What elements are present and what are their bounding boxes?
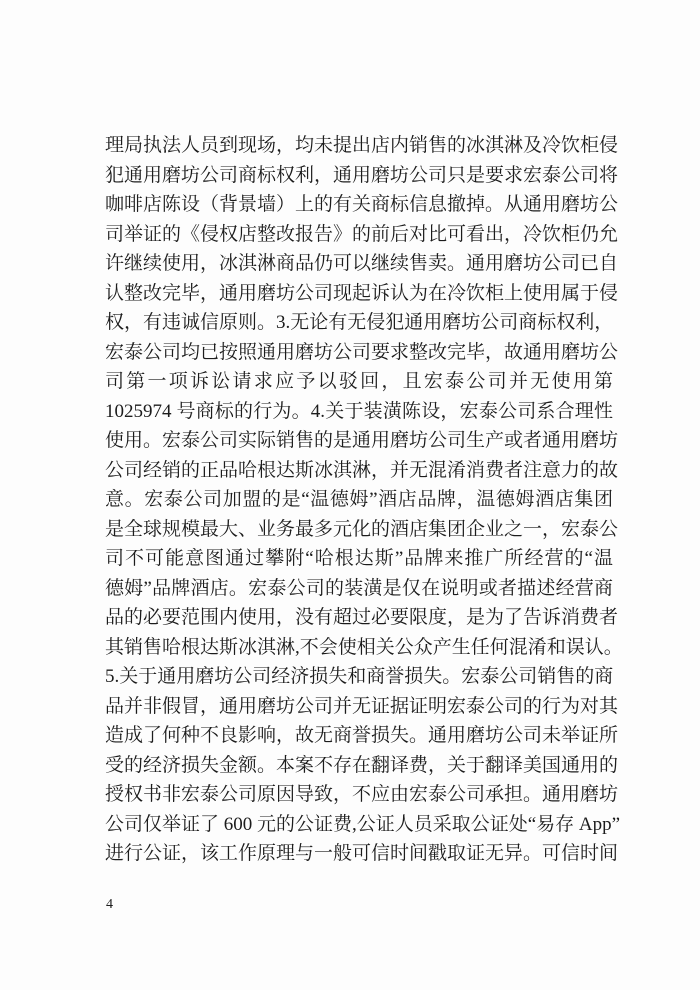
text-line: 受的经济损失金额。本案不存在翻译费，关于翻译美国通用的 bbox=[105, 751, 613, 781]
text-line: 进行公证，该工作原理与一般可信时间戳取证无异。可信时间 bbox=[105, 839, 613, 869]
paragraph-body: 理局执法人员到现场，均未提出店内销售的冰淇淋及冷饮柜侵 犯通用磨坊公司商标权利，… bbox=[105, 131, 613, 869]
text-line: 公司仅举证了 600 元的公证费,公证人员采取公证处“易存 App” bbox=[105, 810, 613, 840]
text-line: 宏泰公司均已按照通用磨坊公司要求整改完毕，故通用磨坊公 bbox=[105, 338, 613, 368]
text-line: 是全球规模最大、业务最多元化的酒店集团企业之一，宏泰公 bbox=[105, 515, 613, 545]
text-line: 司不可能意图通过攀附“哈根达斯”品牌来推广所经营的“温 bbox=[105, 544, 613, 574]
text-line: 5.关于通用磨坊公司经济损失和商誉损失。宏泰公司销售的商 bbox=[105, 662, 613, 692]
text-line: 理局执法人员到现场，均未提出店内销售的冰淇淋及冷饮柜侵 bbox=[105, 131, 613, 161]
text-line: 咖啡店陈设（背景墙）上的有关商标信息撤掉。从通用磨坊公 bbox=[105, 190, 613, 220]
text-line: 犯通用磨坊公司商标权利，通用磨坊公司只是要求宏泰公司将 bbox=[105, 161, 613, 191]
text-line: 品的必要范围内使用，没有超过必要限度，是为了告诉消费者 bbox=[105, 603, 613, 633]
text-line: 其销售哈根达斯冰淇淋,不会使相关公众产生任何混淆和误认。 bbox=[105, 633, 613, 663]
text-line: 司第一项诉讼请求应予以驳回，且宏泰公司并无使用第 bbox=[105, 367, 613, 397]
text-line: 意。宏泰公司加盟的是“温德姆”酒店品牌，温德姆酒店集团 bbox=[105, 485, 613, 515]
page-number: 4 bbox=[106, 896, 113, 914]
text-line: 1025974 号商标的行为。4.关于装潢陈设，宏泰公司系合理性 bbox=[105, 397, 613, 427]
text-line: 认整改完毕，通用磨坊公司现起诉认为在冷饮柜上使用属于侵 bbox=[105, 279, 613, 309]
text-line: 授权书非宏泰公司原因导致，不应由宏泰公司承担。通用磨坊 bbox=[105, 780, 613, 810]
text-line: 造成了何种不良影响，故无商誉损失。通用磨坊公司未举证所 bbox=[105, 721, 613, 751]
text-line: 品并非假冒，通用磨坊公司并无证据证明宏泰公司的行为对其 bbox=[105, 692, 613, 722]
text-line: 司举证的《侵权店整改报告》的前后对比可看出，冷饮柜仍允 bbox=[105, 220, 613, 250]
text-line: 许继续使用，冰淇淋商品仍可以继续售卖。通用磨坊公司已自 bbox=[105, 249, 613, 279]
text-line: 权，有违诚信原则。3.无论有无侵犯通用磨坊公司商标权利， bbox=[105, 308, 613, 338]
text-line: 公司经销的正品哈根达斯冰淇淋，并无混淆消费者注意力的故 bbox=[105, 456, 613, 486]
text-line: 德姆”品牌酒店。宏泰公司的装潢是仅在说明或者描述经营商 bbox=[105, 574, 613, 604]
document-page: 理局执法人员到现场，均未提出店内销售的冰淇淋及冷饮柜侵 犯通用磨坊公司商标权利，… bbox=[0, 0, 700, 990]
text-line: 使用。宏泰公司实际销售的是通用磨坊公司生产或者通用磨坊 bbox=[105, 426, 613, 456]
